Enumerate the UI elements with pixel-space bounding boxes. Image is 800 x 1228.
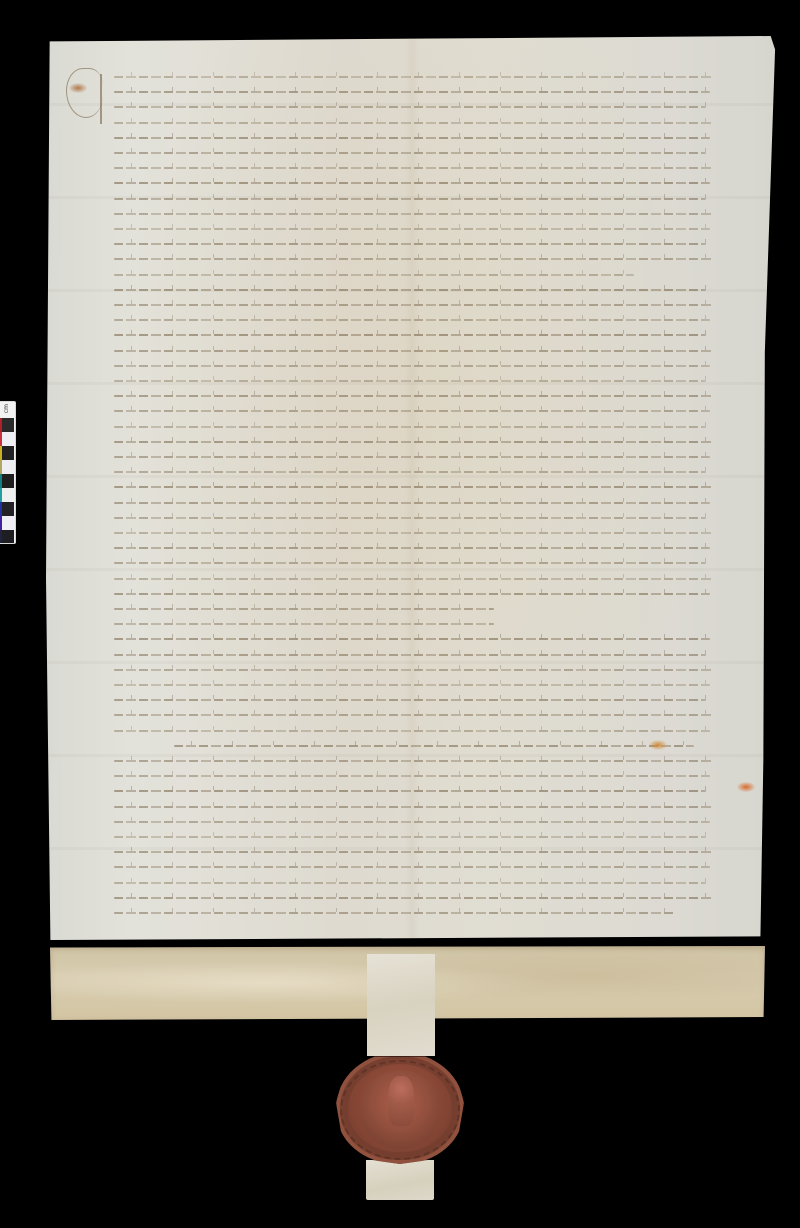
scale-swatch — [2, 516, 14, 530]
handwritten-text-line — [174, 745, 694, 747]
wax-seal-legend — [340, 1060, 460, 1160]
handwritten-text-line — [114, 502, 710, 504]
handwritten-text-line — [114, 441, 714, 443]
scale-color-bar — [0, 446, 2, 460]
scale-color-bar — [0, 460, 2, 474]
handwritten-text-line — [114, 851, 714, 853]
handwritten-text-line — [114, 547, 710, 549]
handwritten-text-line — [114, 334, 706, 336]
handwritten-text-line — [114, 882, 706, 884]
handwritten-text-line — [114, 319, 710, 321]
handwritten-text-line — [114, 122, 714, 124]
handwritten-text-line — [114, 806, 714, 808]
scale-color-bar — [0, 432, 2, 446]
handwritten-text-line — [114, 228, 710, 230]
stain-mark — [69, 83, 87, 93]
handwritten-text-line — [114, 821, 710, 823]
handwritten-text-line — [114, 91, 710, 93]
handwritten-text-line — [114, 517, 706, 519]
handwritten-text-line — [114, 182, 710, 184]
handwritten-text-line — [114, 289, 706, 291]
handwritten-text-line — [114, 714, 714, 716]
handwritten-text-line — [114, 912, 674, 914]
handwritten-text-line — [114, 167, 714, 169]
scale-unit-label: cm — [3, 404, 10, 413]
handwritten-text-line — [114, 608, 494, 610]
handwritten-text-line — [114, 198, 706, 200]
handwritten-text-line — [114, 213, 714, 215]
handwritten-text-line — [114, 486, 714, 488]
scale-swatch — [2, 474, 14, 488]
scale-swatch — [2, 530, 14, 544]
handwritten-text-line — [114, 775, 710, 777]
handwritten-text-line — [114, 578, 714, 580]
handwritten-text-line — [114, 258, 714, 260]
handwritten-text-line — [114, 699, 706, 701]
scale-swatch — [2, 418, 14, 432]
handwritten-text-line — [114, 638, 710, 640]
decorated-initial — [66, 68, 103, 118]
handwritten-text-line — [114, 897, 714, 899]
handwritten-text-line — [114, 836, 706, 838]
handwritten-text-line — [114, 532, 714, 534]
handwritten-text-line — [114, 350, 714, 352]
handwritten-text-line — [114, 456, 710, 458]
handwritten-text-line — [114, 137, 710, 139]
scale-swatch — [2, 488, 14, 502]
scale-color-bar — [0, 502, 2, 516]
color-calibration-strip: cm — [0, 401, 16, 544]
seal-tag-lower — [366, 1160, 434, 1200]
handwritten-text-line — [114, 76, 714, 78]
handwritten-text-line — [114, 106, 706, 108]
scale-color-bar — [0, 530, 2, 544]
charter-text-block — [114, 70, 734, 940]
scale-color-bar — [0, 418, 2, 432]
handwritten-text-line — [114, 760, 714, 762]
handwritten-text-line — [114, 380, 706, 382]
handwritten-text-line — [114, 410, 710, 412]
scale-swatch — [2, 460, 14, 474]
handwritten-text-line — [114, 730, 710, 732]
stain-mark — [649, 740, 667, 750]
handwritten-text-line — [114, 684, 710, 686]
handwritten-text-line — [114, 866, 710, 868]
seal-tag-upper — [367, 954, 435, 1056]
handwritten-text-line — [114, 790, 706, 792]
scale-swatch — [2, 446, 14, 460]
scale-color-bar — [0, 516, 2, 530]
scale-swatch — [2, 432, 14, 446]
handwritten-text-line — [114, 304, 714, 306]
scale-color-bar — [0, 474, 2, 488]
handwritten-text-line — [114, 426, 706, 428]
handwritten-text-line — [114, 593, 710, 595]
decorated-initial-stem — [100, 74, 102, 124]
scale-color-bar — [0, 488, 2, 502]
scale-swatch — [2, 502, 14, 516]
handwritten-text-line — [114, 623, 494, 625]
handwritten-text-line — [114, 654, 706, 656]
handwritten-text-line — [114, 365, 710, 367]
handwritten-text-line — [114, 274, 634, 276]
handwritten-text-line — [114, 562, 706, 564]
handwritten-text-line — [114, 395, 714, 397]
handwritten-text-line — [114, 471, 706, 473]
handwritten-text-line — [114, 152, 706, 154]
handwritten-text-line — [114, 669, 714, 671]
handwritten-text-line — [114, 243, 706, 245]
stain-mark — [737, 782, 755, 792]
